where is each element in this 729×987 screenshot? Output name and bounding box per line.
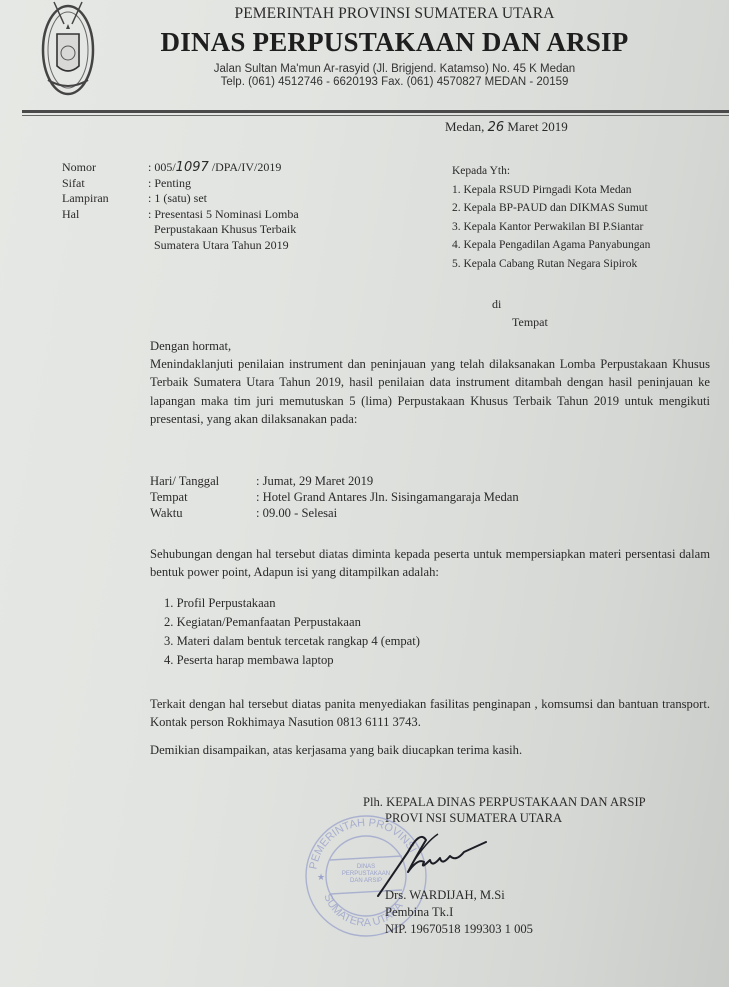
letterhead-agency: DINAS PERPUSTAKAAN DAN ARSIP <box>0 27 729 58</box>
paragraph-intro: Menindaklanjuti penilaian instrument dan… <box>150 355 710 429</box>
handwritten-day: 26 <box>488 120 505 135</box>
signatory-nip: NIP. 19670518 199303 1 005 <box>385 921 533 938</box>
letterhead-contact: Telp. (061) 4512746 - 6620193 Fax. (061)… <box>0 76 729 88</box>
paragraph-facilities: Terkait dengan hal tersebut diatas panit… <box>150 695 710 732</box>
schedule-row: Tempat: Hotel Grand Antares Jln. Sisinga… <box>150 490 519 506</box>
handwritten-number: 1097 <box>176 160 209 175</box>
signatory-block: Drs. WARDIJAH, M.Si Pembina Tk.I NIP. 19… <box>385 887 533 938</box>
recipients-heading: Kepada Yth: <box>452 162 650 181</box>
meta-lampiran: Lampiran : 1 (satu) set <box>62 191 354 207</box>
recipients-tempat: Tempat <box>512 315 548 330</box>
meta-sifat: Sifat : Penting <box>62 176 354 192</box>
svg-text:★: ★ <box>317 872 325 882</box>
recipient-item: 3. Kepala Kantor Perwakilan BI P.Siantar <box>452 218 650 237</box>
signatory-name: Drs. WARDIJAH, M.Si <box>385 887 533 904</box>
paragraph-preparation: Sehubungan dengan hal tersebut diatas di… <box>150 545 710 582</box>
list-item: 4. Peserta harap membawa laptop <box>164 651 420 670</box>
letterhead-divider-thin <box>22 115 729 116</box>
recipient-item: 2. Kepala BP-PAUD dan DIKMAS Sumut <box>452 199 650 218</box>
letterhead-address: Jalan Sultan Ma'mun Ar-rasyid (Jl. Brigj… <box>0 63 729 75</box>
list-item: 1. Profil Perpustakaan <box>164 594 420 613</box>
meta-nomor: Nomor : 005/1097 /DPA/IV/2019 <box>62 160 354 176</box>
letter-meta: Nomor : 005/1097 /DPA/IV/2019 Sifat : Pe… <box>62 160 354 253</box>
recipient-item: 1. Kepala RSUD Pirngadi Kota Medan <box>452 181 650 200</box>
recipient-item: 4. Kepala Pengadilan Agama Panyabungan <box>452 236 650 255</box>
schedule-block: Hari/ Tanggal: Jumat, 29 Maret 2019 Temp… <box>150 474 519 521</box>
letterhead-government: PEMERINTAH PROVINSI SUMATERA UTARA <box>0 5 729 23</box>
list-item: 3. Materi dalam bentuk tercetak rangkap … <box>164 632 420 651</box>
requirements-list: 1. Profil Perpustakaan 2. Kegiatan/Peman… <box>164 594 420 670</box>
schedule-row: Waktu: 09.00 - Selesai <box>150 506 519 522</box>
list-item: 2. Kegiatan/Pemanfaatan Perpustakaan <box>164 613 420 632</box>
meta-hal: Hal : Presentasi 5 Nominasi Lomba <box>62 207 354 223</box>
letterhead-divider <box>22 110 729 113</box>
recipient-item: 5. Kepala Cabang Rutan Negara Sipirok <box>452 255 650 274</box>
salutation: Dengan hormat, <box>150 337 710 355</box>
schedule-row: Hari/ Tanggal: Jumat, 29 Maret 2019 <box>150 474 519 490</box>
letter-date: Medan, 26 Maret 2019 <box>445 119 568 135</box>
recipients-di: di <box>492 297 501 312</box>
recipients-block: Kepada Yth: 1. Kepala RSUD Pirngadi Kota… <box>452 162 650 274</box>
signatory-title: Plh. KEPALA DINAS PERPUSTAKAAN DAN ARSIP <box>363 794 646 810</box>
paragraph-closing: Demikian disampaikan, atas kerjasama yan… <box>150 741 710 759</box>
signatory-rank: Pembina Tk.I <box>385 904 533 921</box>
